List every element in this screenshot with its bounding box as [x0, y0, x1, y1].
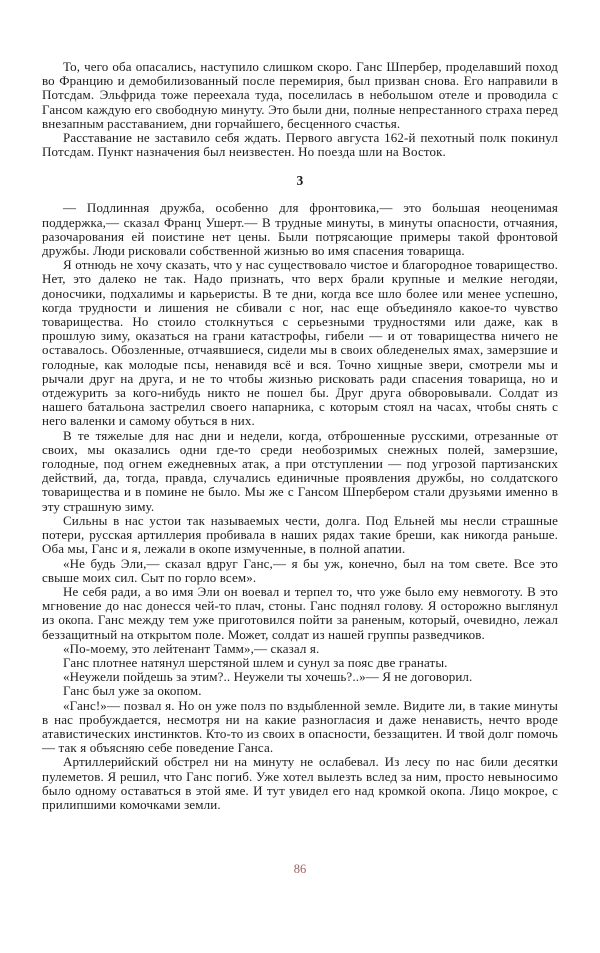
page-footer: 86 — [0, 860, 600, 878]
page-number: 86 — [294, 862, 307, 877]
paragraph: Ганс плотнее натянул шерстяной шлем и су… — [42, 656, 558, 670]
paragraph: «Ганс!»— позвал я. Но он уже полз по взд… — [42, 699, 558, 756]
paragraph: «Неужели пойдешь за этим?.. Неужели ты х… — [42, 670, 558, 684]
page-text: То, чего оба опасались, наступило слишко… — [42, 60, 558, 812]
paragraph: То, чего оба опасались, наступило слишко… — [42, 60, 558, 131]
paragraph: Я отнюдь не хочу сказать, что у нас суще… — [42, 258, 558, 428]
paragraph: Расставание не заставило себя ждать. Пер… — [42, 131, 558, 159]
paragraph: Артиллерийский обстрел ни на минуту не о… — [42, 755, 558, 812]
paragraph: — Подлинная дружба, особенно для фронтов… — [42, 201, 558, 258]
paragraph: Не себя ради, а во имя Эли он воевал и т… — [42, 585, 558, 642]
paragraph: «По-моему, это лейтенант Тамм»,— сказал … — [42, 642, 558, 656]
section-heading: 3 — [42, 173, 558, 188]
paragraph: «Не будь Эли,— сказал вдруг Ганс,— я бы … — [42, 557, 558, 585]
paragraph: В те тяжелые для нас дни и недели, когда… — [42, 429, 558, 514]
paragraph: Ганс был уже за окопом. — [42, 684, 558, 698]
paragraph: Сильны в нас устои так называемых чести,… — [42, 514, 558, 557]
book-page: То, чего оба опасались, наступило слишко… — [0, 0, 600, 953]
